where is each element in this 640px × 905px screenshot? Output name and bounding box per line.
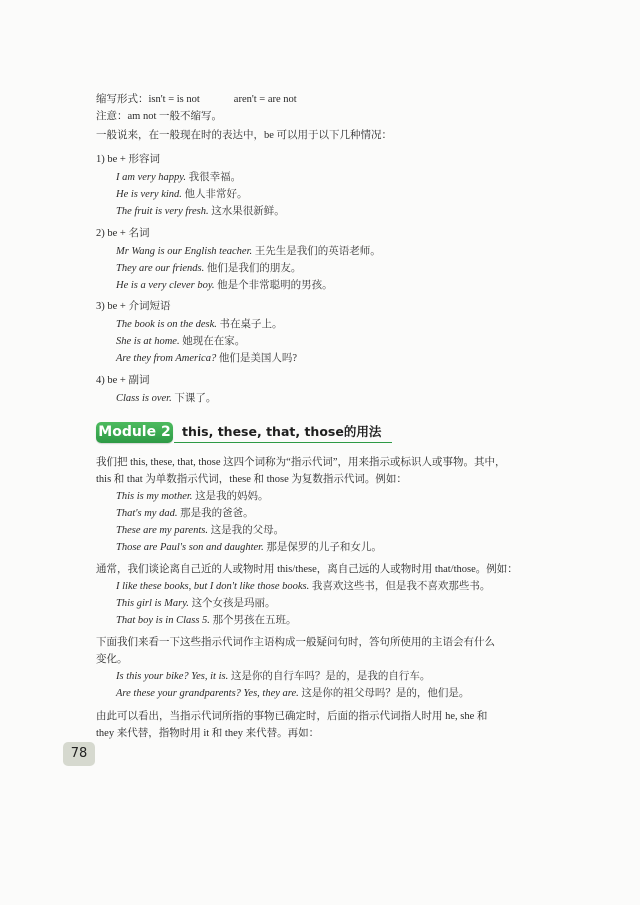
- example-en: Are these your grandparents? Yes, they a…: [116, 688, 299, 699]
- example-cn: 他们是美国人吗?: [219, 353, 297, 364]
- example-en: Is this your bike? Yes, it is.: [116, 671, 228, 682]
- paragraph-3-line-1: 下面我们来看一下这些指示代词作主语构成一般疑问句时，答句所使用的主语会有什么: [96, 636, 495, 650]
- paragraph-1-line-1: 我们把 this, these, that, those 这四个词称为“指示代词…: [96, 456, 505, 470]
- example-line: He is a very clever boy. 他是个非常聪明的男孩。: [116, 279, 333, 293]
- paragraph-2: 通常，我们谈论离自己近的人或物时用 this/these，离自己远的人或物时用 …: [96, 563, 518, 577]
- example-en: That boy is in Class 5.: [116, 615, 210, 626]
- example-cn: 她现在在家。: [182, 336, 245, 347]
- example-en: He is a very clever boy.: [116, 280, 215, 291]
- example-cn: 他们是我们的朋友。: [207, 263, 302, 274]
- example-cn: 我喜欢这些书，但是我不喜欢那些书。: [312, 581, 491, 592]
- section-heading-2: 2) be + 名词: [96, 227, 149, 241]
- example-line: This is my mother. 这是我的妈妈。: [116, 490, 269, 504]
- module-badge: Module 2: [96, 422, 173, 443]
- example-line: This girl is Mary. 这个女孩是玛丽。: [116, 597, 276, 611]
- paragraph-4-line-2: they 来代替，指物时用 it 和 they 来代替。再如：: [96, 727, 319, 741]
- example-cn: 书在桌子上。: [220, 319, 283, 330]
- page-number: 78: [63, 742, 95, 766]
- example-en: She is at home.: [116, 336, 180, 347]
- paragraph-3-line-2: 变化。: [96, 653, 128, 667]
- paragraph-1-line-2: this 和 that 为单数指示代词，these 和 those 为复数指示代…: [96, 473, 407, 487]
- example-line: She is at home. 她现在在家。: [116, 335, 245, 349]
- example-line: I am very happy. 我很幸福。: [116, 171, 241, 185]
- contraction-arent: aren't = are not: [234, 94, 297, 105]
- example-line: Those are Paul's son and daughter. 那是保罗的…: [116, 541, 382, 555]
- example-cn: 这是我的父母。: [211, 525, 285, 536]
- contraction-line: 缩写形式：isn't = is notaren't = are not: [96, 93, 297, 107]
- example-en: Are they from America?: [116, 353, 216, 364]
- module-underline: [174, 442, 392, 444]
- example-en: Those are Paul's son and daughter.: [116, 542, 264, 553]
- contraction-label: 缩写形式：: [96, 94, 149, 105]
- section-heading-3: 3) be + 介词短语: [96, 300, 170, 314]
- example-en: These are my parents.: [116, 525, 208, 536]
- example-line: That's my dad. 那是我的爸爸。: [116, 507, 254, 521]
- example-line: Class is over. 下课了。: [116, 392, 216, 406]
- example-line: Is this your bike? Yes, it is. 这是你的自行车吗？…: [116, 670, 430, 684]
- example-line: Mr Wang is our English teacher. 王先生是我们的英…: [116, 245, 381, 259]
- section-heading-4: 4) be + 副词: [96, 374, 149, 388]
- example-cn: 他人非常好。: [185, 189, 248, 200]
- example-line: These are my parents. 这是我的父母。: [116, 524, 284, 538]
- note-line: 注意：am not 一般不缩写。: [96, 110, 222, 124]
- example-line: They are our friends. 他们是我们的朋友。: [116, 262, 301, 276]
- example-cn: 那是我的爸爸。: [180, 508, 254, 519]
- example-en: The book is on the desk.: [116, 319, 217, 330]
- example-en: Class is over.: [116, 393, 172, 404]
- module-header: Module 2 this, these, that, those的用法: [96, 422, 392, 444]
- example-en: He is very kind.: [116, 189, 182, 200]
- example-line: The book is on the desk. 书在桌子上。: [116, 318, 283, 332]
- example-en: The fruit is very fresh.: [116, 206, 209, 217]
- example-en: That's my dad.: [116, 508, 177, 519]
- example-cn: 这是我的妈妈。: [195, 491, 269, 502]
- example-cn: 下课了。: [174, 393, 216, 404]
- textbook-page: 缩写形式：isn't = is notaren't = are not 注意：a…: [0, 0, 640, 905]
- example-cn: 这是你的自行车吗？是的，是我的自行车。: [231, 671, 431, 682]
- example-cn: 王先生是我们的英语老师。: [255, 246, 381, 257]
- example-cn: 这是你的祖父母吗？是的，他们是。: [301, 688, 469, 699]
- example-cn: 他是个非常聪明的男孩。: [217, 280, 333, 291]
- example-line: He is very kind. 他人非常好。: [116, 188, 248, 202]
- example-en: I like these books, but I don't like tho…: [116, 581, 309, 592]
- section-heading-1: 1) be + 形容词: [96, 153, 160, 167]
- example-cn: 那个男孩在五班。: [213, 615, 297, 626]
- example-line: That boy is in Class 5. 那个男孩在五班。: [116, 614, 297, 628]
- example-cn: 我很幸福。: [189, 172, 242, 183]
- paragraph-4-line-1: 由此可以看出，当指示代词所指的事物已确定时，后面的指示代词指人时用 he, sh…: [96, 710, 487, 724]
- example-line: I like these books, but I don't like tho…: [116, 580, 490, 594]
- intro-line: 一般说来，在一般现在时的表达中，be 可以用于以下几种情况：: [96, 129, 392, 143]
- example-line: The fruit is very fresh. 这水果很新鲜。: [116, 205, 285, 219]
- example-cn: 那是保罗的儿子和女儿。: [266, 542, 382, 553]
- example-en: They are our friends.: [116, 263, 204, 274]
- example-en: I am very happy.: [116, 172, 186, 183]
- example-cn: 这个女孩是玛丽。: [192, 598, 276, 609]
- example-line: Are they from America? 他们是美国人吗?: [116, 352, 297, 366]
- example-line: Are these your grandparents? Yes, they a…: [116, 687, 469, 701]
- contraction-isnt: isn't = is not: [149, 94, 200, 105]
- example-cn: 这水果很新鲜。: [211, 206, 285, 217]
- example-en: This is my mother.: [116, 491, 192, 502]
- example-en: This girl is Mary.: [116, 598, 189, 609]
- example-en: Mr Wang is our English teacher.: [116, 246, 252, 257]
- module-title: this, these, that, those的用法: [182, 424, 381, 440]
